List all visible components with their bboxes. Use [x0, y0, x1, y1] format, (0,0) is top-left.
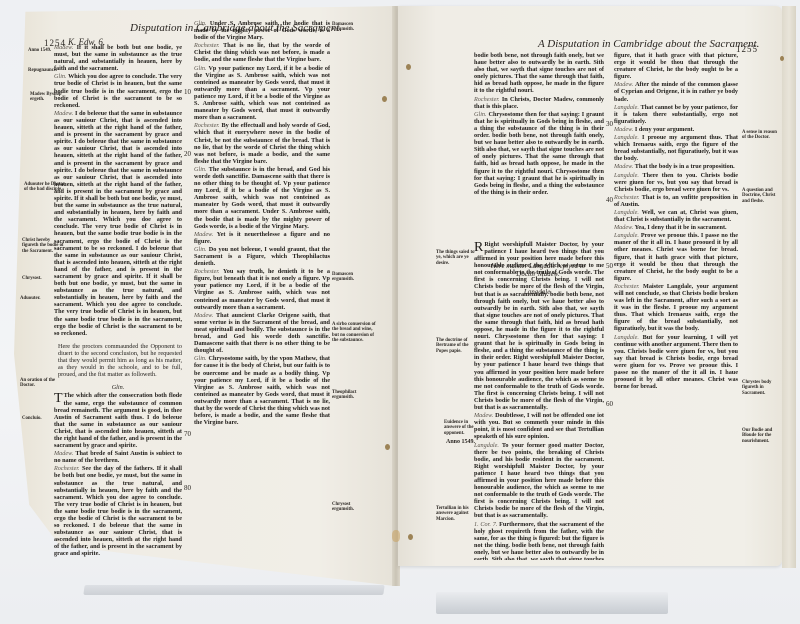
paragraph: Langdale. Prove we prooue this. I passe …	[614, 232, 738, 282]
left-page-column-1: Madew. If it shall be both but one bodie…	[54, 44, 182, 564]
paragraph: bodie both bene, not through faith onely…	[474, 52, 604, 95]
left-page-column-2: Glin. Under S. Ambrose saith, the bodie …	[194, 20, 330, 558]
paragraph: Langdale. Well, we can at, Christ was gi…	[614, 209, 738, 223]
paragraph: Madew. I do beleeue that the same in sub…	[54, 110, 182, 337]
right-margin-note: Tertullian in his answere against Marcio…	[436, 506, 478, 522]
paragraph: Here the proctors commaunded the Opponen…	[58, 343, 182, 378]
foxing-stain	[392, 530, 400, 542]
right-side-note: Chrystes body figureth in Sacrament.	[742, 380, 778, 396]
paragraph: 1. Cor. 7. Furthermore, that the sacrame…	[474, 521, 604, 560]
paragraph: Glin. Chrysostome saith, by the vpon Mat…	[194, 355, 330, 426]
line-number: 20	[184, 150, 191, 158]
line-number: 60	[606, 400, 613, 408]
paragraph: Rochester. Maister Langdale, your argume…	[614, 283, 738, 333]
acrylic-stand-left	[83, 585, 384, 595]
left-side-note: Theophilact ergumsith.	[332, 390, 372, 401]
paragraph: Rochester. That is to, an vnfitte propos…	[614, 194, 738, 208]
paragraph: Madew. That the body is in a true propos…	[614, 163, 738, 170]
paragraph: Rochester. You say truth, he denieth it …	[194, 268, 330, 311]
paragraph: figure, that it hath grace with that pic…	[614, 52, 738, 80]
line-number: 70	[184, 430, 191, 438]
paragraph: Madew. If it shall be both but one bodie…	[54, 44, 182, 72]
paragraph: Langdale. To your former good matter Doc…	[474, 442, 604, 520]
right-margin-note: The things saied to ye, which are ye des…	[436, 250, 478, 266]
left-side-note: Damascen ergumsith.	[332, 272, 372, 283]
right-folio-number: 1255	[736, 44, 758, 54]
paragraph: Rochester. In Christs, Doctor Madew, com…	[474, 96, 604, 110]
line-number: 80	[184, 484, 191, 492]
paragraph: Glin. Vp your patience my Lord, if it be…	[194, 65, 330, 122]
paragraph: Glin. Under S. Ambrose saith, the bodie …	[194, 20, 330, 41]
left-side-note: A sirbo conuersion of the bread and wine…	[332, 322, 378, 344]
right-side-note: A question and Doctrine, Christ and fles…	[742, 188, 778, 204]
paragraph: Madew. That brede of Saint Austin is sub…	[54, 450, 182, 464]
paragraph: Madew. Yea, I deny that it be in sacrame…	[614, 224, 738, 231]
acrylic-stand-right	[436, 592, 668, 614]
left-side-note: Damascen ergumsith.	[332, 22, 366, 33]
right-margin-note: The doctrine of Bertrame of the Popes pa…	[436, 338, 478, 354]
paragraph: Madew. I deny your argument.	[614, 126, 738, 133]
wormhole	[382, 96, 387, 102]
paragraph: Glin.	[54, 384, 182, 391]
paragraph: Rochester. That is no lie, that by the w…	[194, 42, 330, 63]
line-number: 30	[606, 120, 613, 128]
paragraph: Glin. Do you not beleeue, I would graunt…	[194, 246, 330, 267]
line-number: 50	[606, 262, 613, 270]
wormhole	[780, 56, 784, 61]
paragraph: Madew. Doubtlesse, I will not be offende…	[474, 412, 604, 440]
paragraph: Langdale. That cannot be by your patienc…	[614, 104, 738, 125]
page-edges	[782, 6, 796, 568]
line-number: 10	[184, 88, 191, 96]
paragraph: Glin. The substaunce is in the bread, an…	[194, 166, 330, 230]
section-subheading: Here maister Langdale replyed to Doctor …	[482, 262, 594, 278]
right-side-note: A sense in reason of the Doctor.	[742, 130, 778, 141]
paragraph: Glin. Chrysostome then for that saying: …	[474, 111, 604, 196]
right-running-head: A Disputation in Cambridge about the Sac…	[538, 38, 759, 50]
wormhole	[408, 534, 413, 540]
right-page-column-2: figure, that it hath grace with that pic…	[614, 52, 738, 556]
paragraph: Madew. After the minde of the common gla…	[614, 81, 738, 102]
paragraph: Langdale. I prooue my argument thus. Tha…	[614, 134, 738, 162]
paragraph: Madew. That auncient Clarke Origene sait…	[194, 312, 330, 355]
open-book: 1254 K. Edw. 6. Disputation in Cambridge…	[0, 0, 800, 624]
paragraph: Madew. Yet is it neuerthelesse a figure …	[194, 231, 330, 245]
right-side-note: Our Bodie and Bloude for the nourishment…	[742, 428, 778, 444]
wormhole	[385, 444, 390, 450]
paragraph: Glin. Which you doe agree to conclude. T…	[54, 73, 182, 108]
line-number: 40	[606, 196, 613, 204]
paragraph: Langdale. There then to you. Christs bod…	[614, 172, 738, 193]
paragraph: Rochester. By the effectuall and holy wo…	[194, 122, 330, 165]
wormhole	[406, 64, 411, 70]
speaker-heading: Langdale.	[482, 288, 594, 296]
left-side-note: Chrysost ergumsith.	[332, 502, 372, 513]
paragraph: TThe which after the consecration both f…	[54, 392, 182, 449]
paragraph: Langdale. But for your learning, I will …	[614, 334, 738, 391]
right-page-column-1: bodie both bene, not through faith onely…	[474, 52, 604, 560]
paragraph: Rochester. See the day of the fathers. I…	[54, 465, 182, 557]
